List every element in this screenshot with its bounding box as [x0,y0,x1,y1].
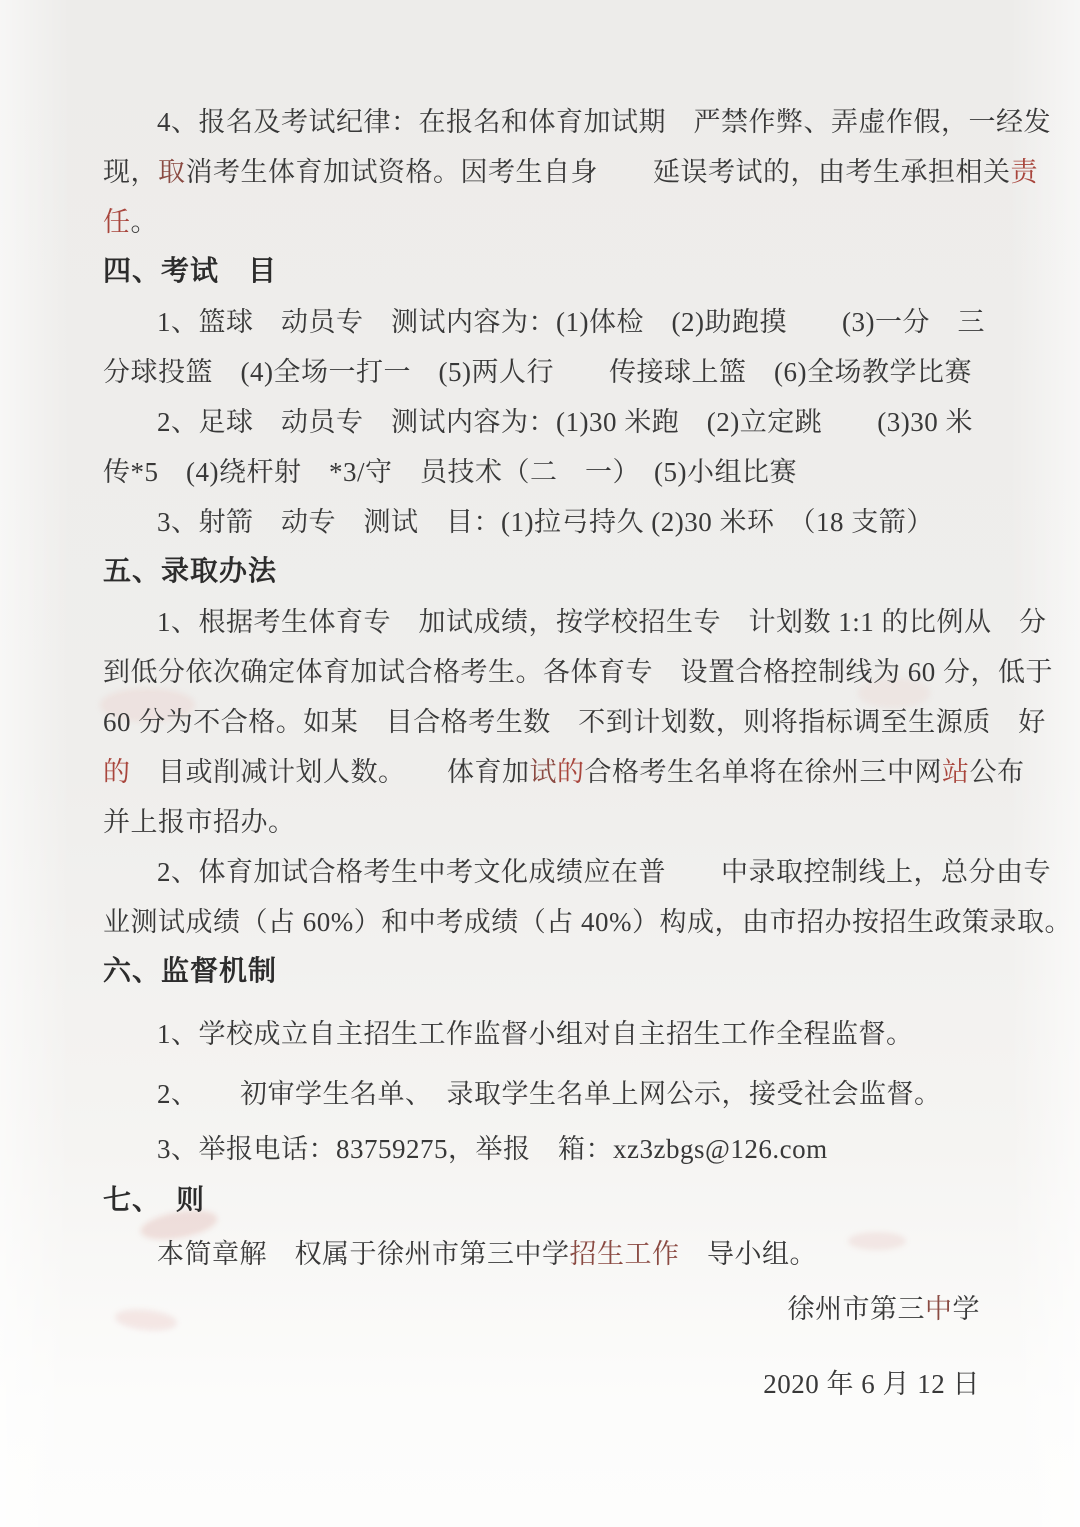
admission-rule-1: 1、根据考生体育专 加试成绩，按学校招生专 计划数 1:1 的比例从 分到低分依… [103,597,980,847]
text-segment: 4、报名及考试纪律：在报名和体育加试期 严禁作弊、弄虚作假，一经发 [157,107,1051,137]
section-5-heading: 五、录取办法 [103,547,980,597]
text-segment: 2、足球 动员专 测试内容为：(1)30 米跑 (2)立定跳 (3)30 米 [157,407,973,437]
red-tinted-text: 的 [557,757,585,787]
text-line: 传*5 (4)绕杆射 *3/守 员技术（二 一） (5)小组比赛 [103,447,980,497]
text-segment: 徐州市第三 [788,1294,926,1324]
text-segment: 3、举报电话：83759275，举报 箱：xz3zbgs@126.com [157,1134,828,1164]
signature-date: 2020 年 6 月 12 日 [103,1359,980,1409]
text-line: 3、举报电话：83759275，举报 箱：xz3zbgs@126.com [103,1124,980,1174]
scanned-document-page: 4、报名及考试纪律：在报名和体育加试期 严禁作弊、弄虚作假，一经发现，取消考生体… [0,0,1080,1527]
text-segment: 并上报市招办。 [103,807,296,837]
text-segment: 60 分为不合格。如某 目合格考生数 不到计划数，则将指标调至生源质 好 [103,707,1046,737]
text-line: 1、学校成立自主招生工作监督小组对自主招生工作全程监督。 [103,1009,980,1059]
signature-school: 徐州市第三中学 [103,1284,980,1334]
text-line: 任。 [103,197,980,247]
text-line: 1、篮球 动员专 测试内容为：(1)体检 (2)助跑摸 (3)一分 三 [103,297,980,347]
text-line: 分球投篮 (4)全场一打一 (5)两人行 传接球上篮 (6)全场教学比赛 [103,347,980,397]
text-line: 六、监督机制 [103,947,980,997]
archery-item: 3、射箭 动专 测试 目：(1)拉弓持久 (2)30 米环 （18 支箭） [103,497,980,547]
text-segment: 四、考试 目 [103,256,277,287]
basketball-item: 1、篮球 动员专 测试内容为：(1)体检 (2)助跑摸 (3)一分 三分球投篮 … [103,297,980,397]
text-line: 2020 年 6 月 12 日 [103,1359,980,1409]
text-segment: 1、根据考生体育专 加试成绩，按学校招生专 计划数 1:1 的比例从 分 [157,607,1047,637]
text-segment: 2020 年 6 月 12 日 [763,1369,980,1399]
text-line: 1、根据考生体育专 加试成绩，按学校招生专 计划数 1:1 的比例从 分 [103,597,980,647]
text-segment: 现， [103,157,158,187]
text-segment: 传*5 (4)绕杆射 *3/守 员技术（二 一） (5)小组比赛 [103,457,797,487]
text-segment: 公布 [970,757,1025,787]
document-body: 4、报名及考试纪律：在报名和体育加试期 严禁作弊、弄虚作假，一经发现，取消考生体… [103,97,980,1409]
supervision-item-2: 2、 初审学生名单、 录取学生名单上网公示，接受社会监督。 [103,1069,980,1119]
text-line: 2、 初审学生名单、 录取学生名单上网公示，接受社会监督。 [103,1069,980,1119]
text-line: 2、体育加试合格考生中考文化成绩应在普 中录取控制线上，总分由专 [103,847,980,897]
text-line: 现，取消考生体育加试资格。因考生自身 延误考试的，由考生承担相关责 [103,147,980,197]
discipline-paragraph: 4、报名及考试纪律：在报名和体育加试期 严禁作弊、弄虚作假，一经发现，取消考生体… [103,97,980,247]
text-segment: 分球投篮 (4)全场一打一 (5)两人行 传接球上篮 (6)全场教学比赛 [103,357,972,387]
text-segment: 导小组。 [680,1239,818,1269]
text-segment: 1、学校成立自主招生工作监督小组对自主招生工作全程监督。 [157,1019,914,1049]
text-segment: 合格考生名单将在徐州三中网 [585,757,943,787]
text-segment: 消考生体育加试资格。因考生自身 延误考试的，由考生承担相关 [186,157,1011,187]
supervision-item-1: 1、学校成立自主招生工作监督小组对自主招生工作全程监督。 [103,1009,980,1059]
section-4-heading: 四、考试 目 [103,247,980,297]
red-tinted-text: 责 [1011,157,1039,187]
supervision-item-3: 3、举报电话：83759275，举报 箱：xz3zbgs@126.com [103,1124,980,1174]
red-tinted-text: 的 [103,757,131,787]
text-segment: 到低分依次确定体育加试合格考生。各体育专 设置合格控制线为 60 分，低于 [103,657,1053,687]
text-line: 本简章解 权属于徐州市第三中学招生工作 导小组。 [103,1229,980,1279]
text-segment: 1、篮球 动员专 测试内容为：(1)体检 (2)助跑摸 (3)一分 三 [157,307,985,337]
text-segment: 七、 则 [103,1185,205,1216]
text-line: 60 分为不合格。如某 目合格考生数 不到计划数，则将指标调至生源质 好 [103,697,980,747]
section-6-heading: 六、监督机制 [103,947,980,997]
red-tinted-text: 站 [942,757,970,787]
text-segment: 六、监督机制 [103,956,277,987]
text-line: 七、 则 [103,1176,980,1226]
red-tinted-text: 试 [530,757,558,787]
text-line: 五、录取办法 [103,547,980,597]
text-line: 徐州市第三中学 [103,1284,980,1334]
text-segment: 2、体育加试合格考生中考文化成绩应在普 中录取控制线上，总分由专 [157,857,1051,887]
text-line: 4、报名及考试纪律：在报名和体育加试期 严禁作弊、弄虚作假，一经发 [103,97,980,147]
red-tinted-text: 中 [925,1294,953,1324]
admission-rule-2: 2、体育加试合格考生中考文化成绩应在普 中录取控制线上，总分由专业测试成绩（占 … [103,847,980,947]
text-segment: 业测试成绩（占 60%）和中考成绩（占 40%）构成，由市招办按招生政策录取。 [103,907,1072,937]
text-line: 到低分依次确定体育加试合格考生。各体育专 设置合格控制线为 60 分，低于 [103,647,980,697]
text-segment: 学 [953,1294,981,1324]
text-line: 2、足球 动员专 测试内容为：(1)30 米跑 (2)立定跳 (3)30 米 [103,397,980,447]
football-item: 2、足球 动员专 测试内容为：(1)30 米跑 (2)立定跳 (3)30 米传*… [103,397,980,497]
text-segment: 。 [131,207,159,237]
text-line: 并上报市招办。 [103,797,980,847]
text-line: 四、考试 目 [103,247,980,297]
text-segment: 目或削减计划人数。 体育加 [131,757,530,787]
text-segment: 五、录取办法 [103,556,277,587]
text-line: 3、射箭 动专 测试 目：(1)拉弓持久 (2)30 米环 （18 支箭） [103,497,980,547]
text-segment: 本简章解 权属于徐州市第三中学 [157,1239,570,1269]
red-tinted-text: 取 [158,157,186,187]
section-7-heading: 七、 则 [103,1176,980,1226]
text-line: 业测试成绩（占 60%）和中考成绩（占 40%）构成，由市招办按招生政策录取。 [103,897,980,947]
red-tinted-text: 任 [103,207,131,237]
text-segment: 2、 初审学生名单、 录取学生名单上网公示，接受社会监督。 [157,1079,942,1109]
interpretation-paragraph: 本简章解 权属于徐州市第三中学招生工作 导小组。 [103,1229,980,1279]
text-line: 的 目或削减计划人数。 体育加试的合格考生名单将在徐州三中网站公布 [103,747,980,797]
red-tinted-text: 招生工作 [570,1239,680,1269]
text-segment: 3、射箭 动专 测试 目：(1)拉弓持久 (2)30 米环 （18 支箭） [157,507,934,537]
